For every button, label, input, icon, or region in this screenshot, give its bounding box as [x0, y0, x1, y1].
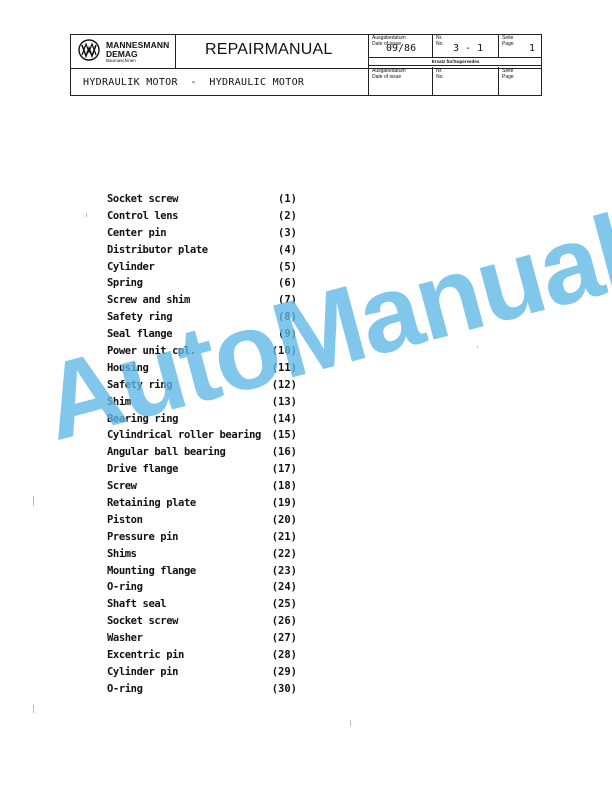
- list-item: Pressure pin(21): [107, 531, 297, 548]
- number-cell: Nr. No. 3 - 1: [433, 34, 499, 58]
- prev-page-label: Seite Page: [502, 69, 514, 80]
- document-title: REPAIRMANUAL: [205, 41, 332, 59]
- part-number: (18): [272, 480, 297, 492]
- prev-issue-label: Ausgabedatum Date of issue: [372, 69, 406, 80]
- part-name: O-ring: [107, 581, 143, 593]
- list-item: Spring(6): [107, 277, 297, 294]
- part-number: (20): [272, 514, 297, 526]
- part-name: Excentric pin: [107, 649, 184, 661]
- list-item: Retaining plate(19): [107, 497, 297, 514]
- part-number: (29): [272, 666, 297, 678]
- page-value: 1: [529, 46, 535, 52]
- part-number: (14): [272, 413, 297, 425]
- parts-list: Socket screw(1)Control lens(2)Center pin…: [107, 193, 297, 700]
- scan-speck: [86, 213, 87, 217]
- number-value: 3 - 1: [453, 46, 483, 52]
- part-name: Safety ring: [107, 379, 172, 391]
- part-name: Bearing ring: [107, 413, 178, 425]
- part-name: Cylinder: [107, 261, 154, 273]
- part-name: Angular ball bearing: [107, 446, 225, 458]
- part-name: Washer: [107, 632, 143, 644]
- scan-speck: [33, 705, 34, 713]
- list-item: Shaft seal(25): [107, 598, 297, 615]
- list-item: Center pin(3): [107, 227, 297, 244]
- part-number: (30): [272, 683, 297, 695]
- list-item: Screw and shim(7): [107, 294, 297, 311]
- part-number: (2): [278, 210, 297, 222]
- part-number: (16): [272, 446, 297, 458]
- part-number: (8): [278, 311, 297, 323]
- number-label: Nr. No.: [436, 36, 444, 47]
- part-name: Pressure pin: [107, 531, 178, 543]
- part-number: (1): [278, 193, 297, 205]
- part-number: (19): [272, 497, 297, 509]
- list-item: Safety ring(12): [107, 379, 297, 396]
- part-number: (3): [278, 227, 297, 239]
- part-number: (24): [272, 581, 297, 593]
- list-item: Housing(11): [107, 362, 297, 379]
- part-number: (22): [272, 548, 297, 560]
- brand-division: Baumaschinen: [106, 58, 136, 63]
- list-item: Control lens(2): [107, 210, 297, 227]
- scan-speck: [350, 720, 351, 726]
- part-name: Cylinder pin: [107, 666, 178, 678]
- supersedes-label: Ersatz für/Supersedes: [369, 58, 542, 66]
- prev-issue-cell: Ausgabedatum Date of issue: [369, 67, 433, 95]
- part-name: O-ring: [107, 683, 143, 695]
- list-item: Cylinder pin(29): [107, 666, 297, 683]
- part-number: (23): [272, 565, 297, 577]
- issue-date-cell: Ausgabedatum Date of issue 09/86: [369, 34, 433, 58]
- scan-speck: [33, 496, 34, 506]
- part-number: (9): [278, 328, 297, 340]
- prev-page-cell: Seite Page: [499, 67, 542, 95]
- brand-block: MANNESMANN DEMAG Baumaschinen: [71, 35, 176, 68]
- list-item: Distributor plate(4): [107, 244, 297, 261]
- part-number: (10): [272, 345, 297, 357]
- part-name: Shaft seal: [107, 598, 166, 610]
- part-name: Seal flange: [107, 328, 172, 340]
- list-item: Drive flange(17): [107, 463, 297, 480]
- part-number: (27): [272, 632, 297, 644]
- part-name: Shims: [107, 548, 137, 560]
- part-name: Distributor plate: [107, 244, 208, 256]
- part-name: Socket screw: [107, 615, 178, 627]
- prev-number-cell: Nr. No.: [433, 67, 499, 95]
- part-number: (4): [278, 244, 297, 256]
- list-item: O-ring(24): [107, 581, 297, 598]
- part-name: Mounting flange: [107, 565, 196, 577]
- part-name: Safety ring: [107, 311, 172, 323]
- list-item: Safety ring(8): [107, 311, 297, 328]
- list-item: Piston(20): [107, 514, 297, 531]
- part-name: Screw: [107, 480, 137, 492]
- page-label: Seite Page: [502, 36, 514, 47]
- part-name: Screw and shim: [107, 294, 190, 306]
- mannesmann-demag-logo-icon: [78, 39, 100, 61]
- list-item: Washer(27): [107, 632, 297, 649]
- part-name: Cylindrical roller bearing: [107, 429, 261, 441]
- document-subtitle: HYDRAULIK MOTOR - HYDRAULIC MOTOR: [83, 77, 304, 88]
- list-item: O-ring(30): [107, 683, 297, 700]
- issue-date-value: 09/86: [386, 46, 416, 52]
- list-item: Excentric pin(28): [107, 649, 297, 666]
- prev-number-label: Nr. No.: [436, 69, 444, 80]
- part-number: (11): [272, 362, 297, 374]
- list-item: Shim(13): [107, 396, 297, 413]
- document-meta-table: Ausgabedatum Date of issue 09/86 Nr. No.…: [368, 34, 542, 96]
- list-item: Socket screw(26): [107, 615, 297, 632]
- list-item: Angular ball bearing(16): [107, 446, 297, 463]
- part-number: (12): [272, 379, 297, 391]
- list-item: Cylindrical roller bearing(15): [107, 429, 297, 446]
- part-name: Piston: [107, 514, 143, 526]
- list-item: Socket screw(1): [107, 193, 297, 210]
- part-number: (5): [278, 261, 297, 273]
- part-number: (6): [278, 277, 297, 289]
- part-number: (28): [272, 649, 297, 661]
- list-item: Cylinder(5): [107, 261, 297, 278]
- part-name: Drive flange: [107, 463, 178, 475]
- list-item: Mounting flange(23): [107, 565, 297, 582]
- part-name: Housing: [107, 362, 148, 374]
- part-number: (15): [272, 429, 297, 441]
- part-number: (13): [272, 396, 297, 408]
- part-name: Shim: [107, 396, 131, 408]
- scan-speck: [477, 346, 478, 348]
- list-item: Screw(18): [107, 480, 297, 497]
- part-number: (26): [272, 615, 297, 627]
- list-item: Seal flange(9): [107, 328, 297, 345]
- part-name: Spring: [107, 277, 143, 289]
- part-name: Control lens: [107, 210, 178, 222]
- list-item: Shims(22): [107, 548, 297, 565]
- list-item: Power unit cpl.(10): [107, 345, 297, 362]
- part-name: Retaining plate: [107, 497, 196, 509]
- part-number: (17): [272, 463, 297, 475]
- part-name: Power unit cpl.: [107, 345, 196, 357]
- part-number: (21): [272, 531, 297, 543]
- part-name: Socket screw: [107, 193, 178, 205]
- page-cell: Seite Page 1: [499, 34, 542, 58]
- list-item: Bearing ring(14): [107, 413, 297, 430]
- part-name: Center pin: [107, 227, 166, 239]
- part-number: (7): [278, 294, 297, 306]
- part-number: (25): [272, 598, 297, 610]
